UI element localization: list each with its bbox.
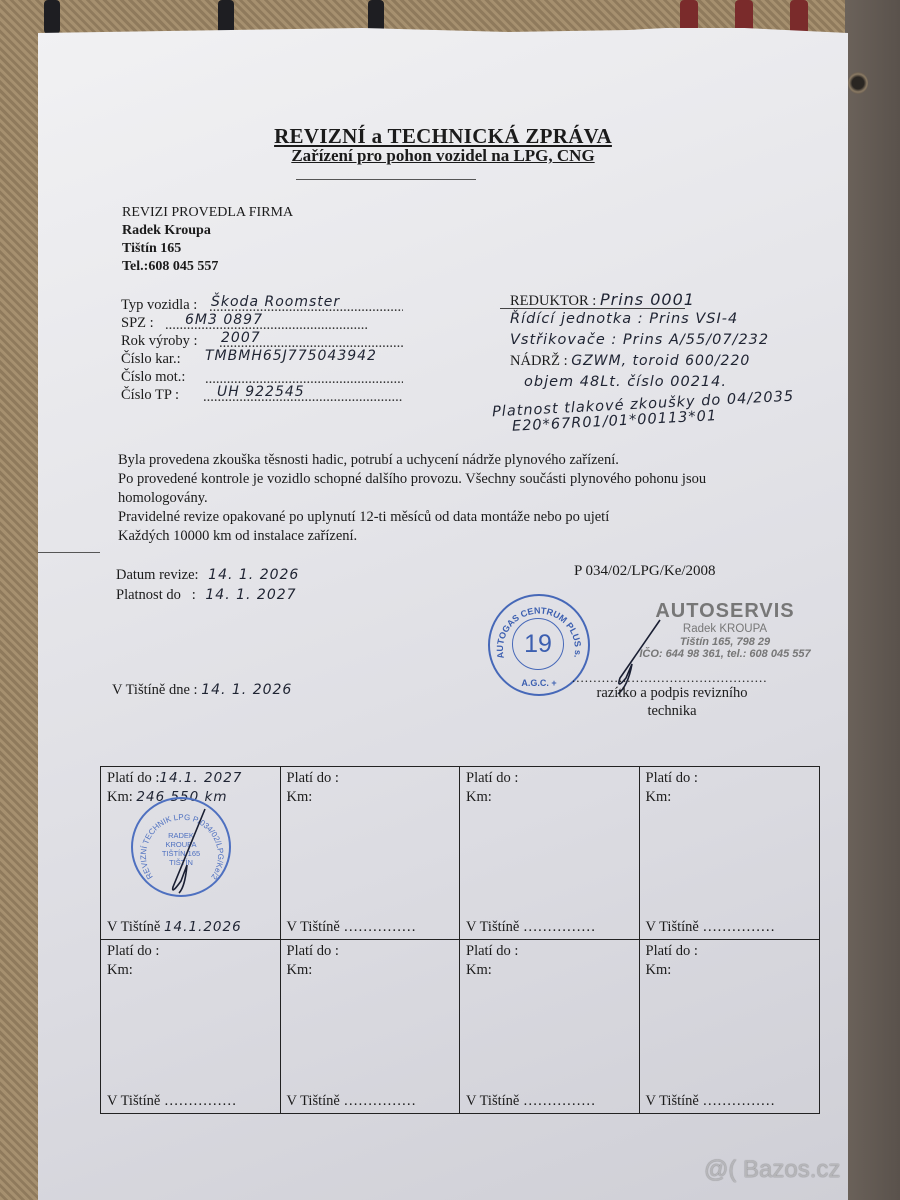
- valid-until-label: Platí do :: [466, 770, 518, 786]
- place-row: V Tištíně ……………: [646, 1092, 775, 1111]
- document-subtitle: Zařízení pro pohon vozidel na LPG, CNG: [38, 146, 848, 166]
- registration-row: Číslo TP : UH 922545 ...................…: [121, 386, 198, 404]
- statement-line: Pravidelné revize opakované po uplynutí …: [118, 508, 758, 527]
- valid-until-value: 14.1. 2027: [159, 770, 242, 786]
- signature-caption-line: razítko a podpis revizního: [572, 684, 772, 702]
- valid-until-label: Platí do :: [287, 943, 339, 959]
- valid-until-label: Platí do :: [646, 770, 698, 786]
- place-row: V Tištíně 14.1.2026: [107, 918, 242, 937]
- place-label: V Tištíně: [287, 919, 340, 935]
- reducer-value: Prins 0001: [600, 290, 695, 309]
- margin-rule: [8, 552, 100, 553]
- renewal-cell: Platí do : Km: V Tištíně ……………: [460, 767, 640, 940]
- injectors: Vstřikovače : Prins A/55/07/232: [510, 332, 850, 353]
- renewal-cell: Platí do : Km: V Tištíně ……………: [640, 767, 820, 940]
- engine-label: Číslo mot.:: [121, 369, 185, 385]
- revision-date-value: 14. 1. 2026: [208, 567, 299, 583]
- place-row: V Tištíně ……………: [287, 1092, 416, 1111]
- company-stamp-title: AUTOSERVIS: [620, 600, 830, 623]
- firm-block: REVIZI PROVEDLA FIRMA Radek Kroupa Tiští…: [122, 204, 293, 276]
- fill-dots: ........................................…: [165, 316, 403, 334]
- valid-until-label: Platí do :: [107, 943, 159, 959]
- rug-stripe: [44, 0, 60, 34]
- place-label: V Tištíně: [107, 919, 160, 935]
- reducer-underline: [500, 308, 685, 309]
- company-stamp-owner: Radek KROUPA: [620, 623, 830, 636]
- km-label: Km:: [466, 789, 492, 805]
- valid-until-label: Platí do :: [466, 943, 518, 959]
- company-stamp: AUTOSERVIS Radek KROUPA Tištín 165, 798 …: [620, 600, 830, 660]
- company-stamp-address: Tištín 165, 798 29: [620, 636, 830, 648]
- km-row: Km:: [646, 788, 814, 807]
- firm-name: Radek Kroupa: [122, 222, 293, 240]
- km-row: Km:: [646, 961, 814, 980]
- place-row: V Tištíně ……………: [646, 918, 775, 937]
- place-date-value: ……………: [702, 1093, 775, 1109]
- plate-row: SPZ : 6M3 0897 .........................…: [121, 314, 198, 332]
- technician-stamp: REVIZNÍ TECHNIK LPG P/034/02/LPG/Ke/2008…: [131, 797, 231, 897]
- km-row: Km:: [287, 788, 454, 807]
- km-label: Km:: [466, 962, 492, 978]
- place-date-value: ……………: [523, 1093, 596, 1109]
- valid-until-row: Platí do :14.1. 2027: [107, 769, 274, 788]
- renewal-cell: Platí do : Km: V Tištíně ……………: [101, 940, 281, 1113]
- bazos-watermark: @( Bazos.cz: [704, 1156, 840, 1184]
- valid-until-label: Platí do :: [287, 770, 339, 786]
- statement-text: Byla provedena zkouška těsnosti hadic, p…: [118, 451, 758, 546]
- valid-until-label: Platí do :: [646, 943, 698, 959]
- revision-date-row: Datum revize: 14. 1. 2026: [116, 565, 299, 585]
- signature-caption: razítko a podpis revizního technika: [572, 684, 772, 720]
- year-row: Rok výroby : 2007 ......................…: [121, 332, 198, 350]
- place-date-value: ……………: [702, 919, 775, 935]
- statement-line: Byla provedena zkouška těsnosti hadic, p…: [118, 451, 758, 470]
- rug-stripe: [790, 0, 808, 34]
- wall-background: [845, 0, 900, 1200]
- valid-until-row: Platí do :: [466, 942, 633, 961]
- statement-line: Po provedené kontrole je vozidlo schopné…: [118, 470, 758, 508]
- company-stamp-ids: IČO: 644 98 361, tel.: 608 045 557: [620, 648, 830, 660]
- valid-until-label: Platí do :: [107, 770, 159, 786]
- tank-label: NÁDRŽ :: [510, 353, 568, 369]
- validity-value: 14. 1. 2027: [205, 587, 296, 603]
- vin-label: Číslo kar.:: [121, 351, 181, 367]
- reducer-row: REDUKTOR : Prins 0001: [510, 290, 850, 311]
- screw-head: [848, 72, 868, 94]
- place-date-value: ……………: [523, 919, 596, 935]
- place-label: V Tištíně: [466, 1093, 519, 1109]
- km-row: Km:: [287, 961, 454, 980]
- signature-caption-line: technika: [572, 702, 772, 720]
- revision-report-sheet: REVIZNÍ a TECHNICKÁ ZPRÁVA Zařízení pro …: [38, 28, 848, 1200]
- renewal-cell: Platí do :14.1. 2027 Km: 246 550 km V Ti…: [101, 767, 281, 940]
- equipment-block: REDUKTOR : Prins 0001 Řídící jednotka : …: [510, 290, 850, 431]
- valid-until-row: Platí do :: [107, 942, 274, 961]
- vin-value: TMBMH65J775043942: [205, 347, 377, 365]
- fill-dots: ........................................…: [203, 388, 403, 406]
- validity-row: Platnost do : 14. 1. 2027: [116, 585, 299, 605]
- place-row: V Tištíně ……………: [287, 918, 416, 937]
- valid-until-row: Platí do :: [466, 769, 633, 788]
- validity-label: Platnost do :: [116, 587, 196, 603]
- firm-phone: Tel.:608 045 557: [122, 258, 293, 276]
- place-date-value: 14.1.2026: [164, 919, 242, 935]
- reducer-label: REDUKTOR :: [510, 293, 596, 309]
- statement-line: Každých 10000 km od instalace zařízení.: [118, 527, 758, 546]
- vin-row: Číslo kar.: TMBMH65J775043942: [121, 350, 198, 368]
- place-row: V Tištíně ……………: [466, 1092, 595, 1111]
- place-label: V Tištíně: [646, 1093, 699, 1109]
- km-label: Km:: [287, 962, 313, 978]
- firm-address: Tištín 165: [122, 240, 293, 258]
- firm-heading: REVIZI PROVEDLA FIRMA: [122, 204, 293, 222]
- renewal-cell: Platí do : Km: V Tištíně ……………: [460, 940, 640, 1113]
- place-date-value: 14. 1. 2026: [201, 682, 292, 698]
- plate-label: SPZ :: [121, 315, 154, 331]
- km-label: Km:: [646, 962, 672, 978]
- certificate-number: P 034/02/LPG/Ke/2008: [574, 563, 716, 580]
- tank-value: GZWM, toroid 600/220: [571, 353, 750, 369]
- renewal-cell: Platí do : Km: V Tištíně ……………: [281, 767, 461, 940]
- place-label: V Tištíně: [466, 919, 519, 935]
- renewal-grid: Platí do :14.1. 2027 Km: 246 550 km V Ti…: [100, 766, 820, 1114]
- revision-date-label: Datum revize:: [116, 567, 199, 583]
- place-date-row: V Tištíně dne : 14. 1. 2026: [112, 682, 292, 699]
- place-row: V Tištíně ……………: [466, 918, 595, 937]
- svg-text:A.G.C. +: A.G.C. +: [521, 678, 556, 688]
- km-label: Km:: [646, 789, 672, 805]
- tank-row: NÁDRŽ : GZWM, toroid 600/220: [510, 353, 850, 374]
- rug-stripe: [218, 0, 234, 34]
- control-unit: Řídící jednotka : Prins VSI-4: [510, 311, 850, 332]
- valid-until-row: Platí do :: [287, 942, 454, 961]
- km-label: Km:: [107, 789, 133, 805]
- place-label: V Tištíně: [107, 1093, 160, 1109]
- vehicle-fields: Typ vozidla : Škoda Roomster ...........…: [121, 296, 198, 404]
- title-divider: [296, 179, 476, 180]
- km-label: Km:: [107, 962, 133, 978]
- valid-until-row: Platí do :: [646, 769, 814, 788]
- place-label: V Tištíně: [287, 1093, 340, 1109]
- valid-until-row: Platí do :: [287, 769, 454, 788]
- km-row: Km:: [107, 961, 274, 980]
- km-row: Km:: [466, 788, 633, 807]
- dates-block: Datum revize: 14. 1. 2026 Platnost do : …: [116, 565, 299, 605]
- place-date-value: ……………: [343, 919, 416, 935]
- renewal-cell: Platí do : Km: V Tištíně ……………: [640, 940, 820, 1113]
- engine-row: Číslo mot.: ............................…: [121, 368, 198, 386]
- year-label: Rok výroby :: [121, 333, 198, 349]
- valid-until-row: Platí do :: [646, 942, 814, 961]
- registration-label: Číslo TP :: [121, 387, 179, 403]
- place-date-value: ……………: [164, 1093, 237, 1109]
- place-date-label: V Tištíně dne :: [112, 682, 198, 698]
- place-date-value: ……………: [343, 1093, 416, 1109]
- km-row: Km:: [466, 961, 633, 980]
- place-label: V Tištíně: [646, 919, 699, 935]
- renewal-cell: Platí do : Km: V Tištíně ……………: [281, 940, 461, 1113]
- km-label: Km:: [287, 789, 313, 805]
- stamp-number: 19: [512, 618, 564, 670]
- place-row: V Tištíně ……………: [107, 1092, 236, 1111]
